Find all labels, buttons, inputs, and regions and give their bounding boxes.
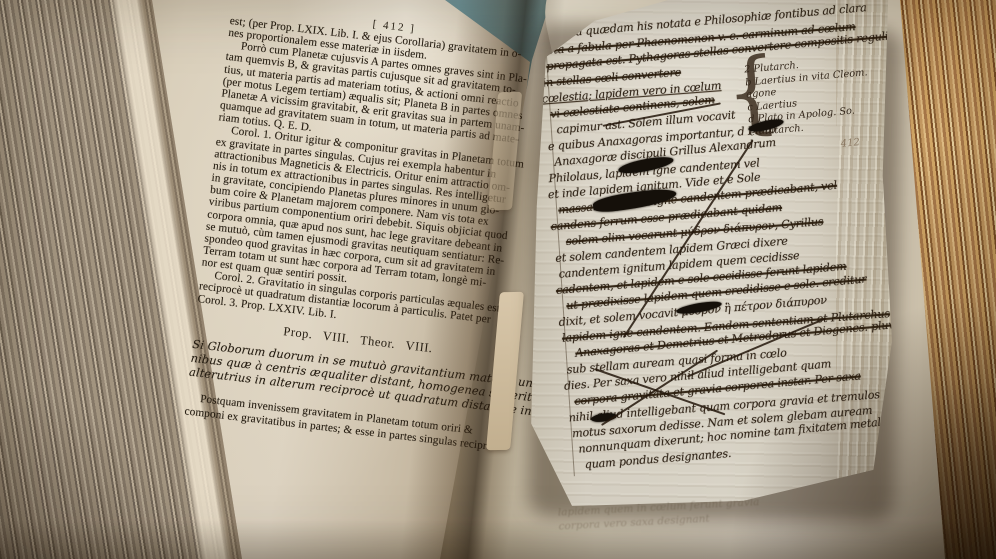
faint-page-number: 412 [840, 137, 860, 150]
handwriting-block: Exempla quædam his notata e Philosophiæ … [534, 0, 912, 474]
book-photograph: [ 412 ] est; (per Prop. LXIX. Lib. I. & … [0, 0, 996, 559]
manuscript-sheet: Exempla quædam his notata e Philosophiæ … [520, 0, 892, 506]
